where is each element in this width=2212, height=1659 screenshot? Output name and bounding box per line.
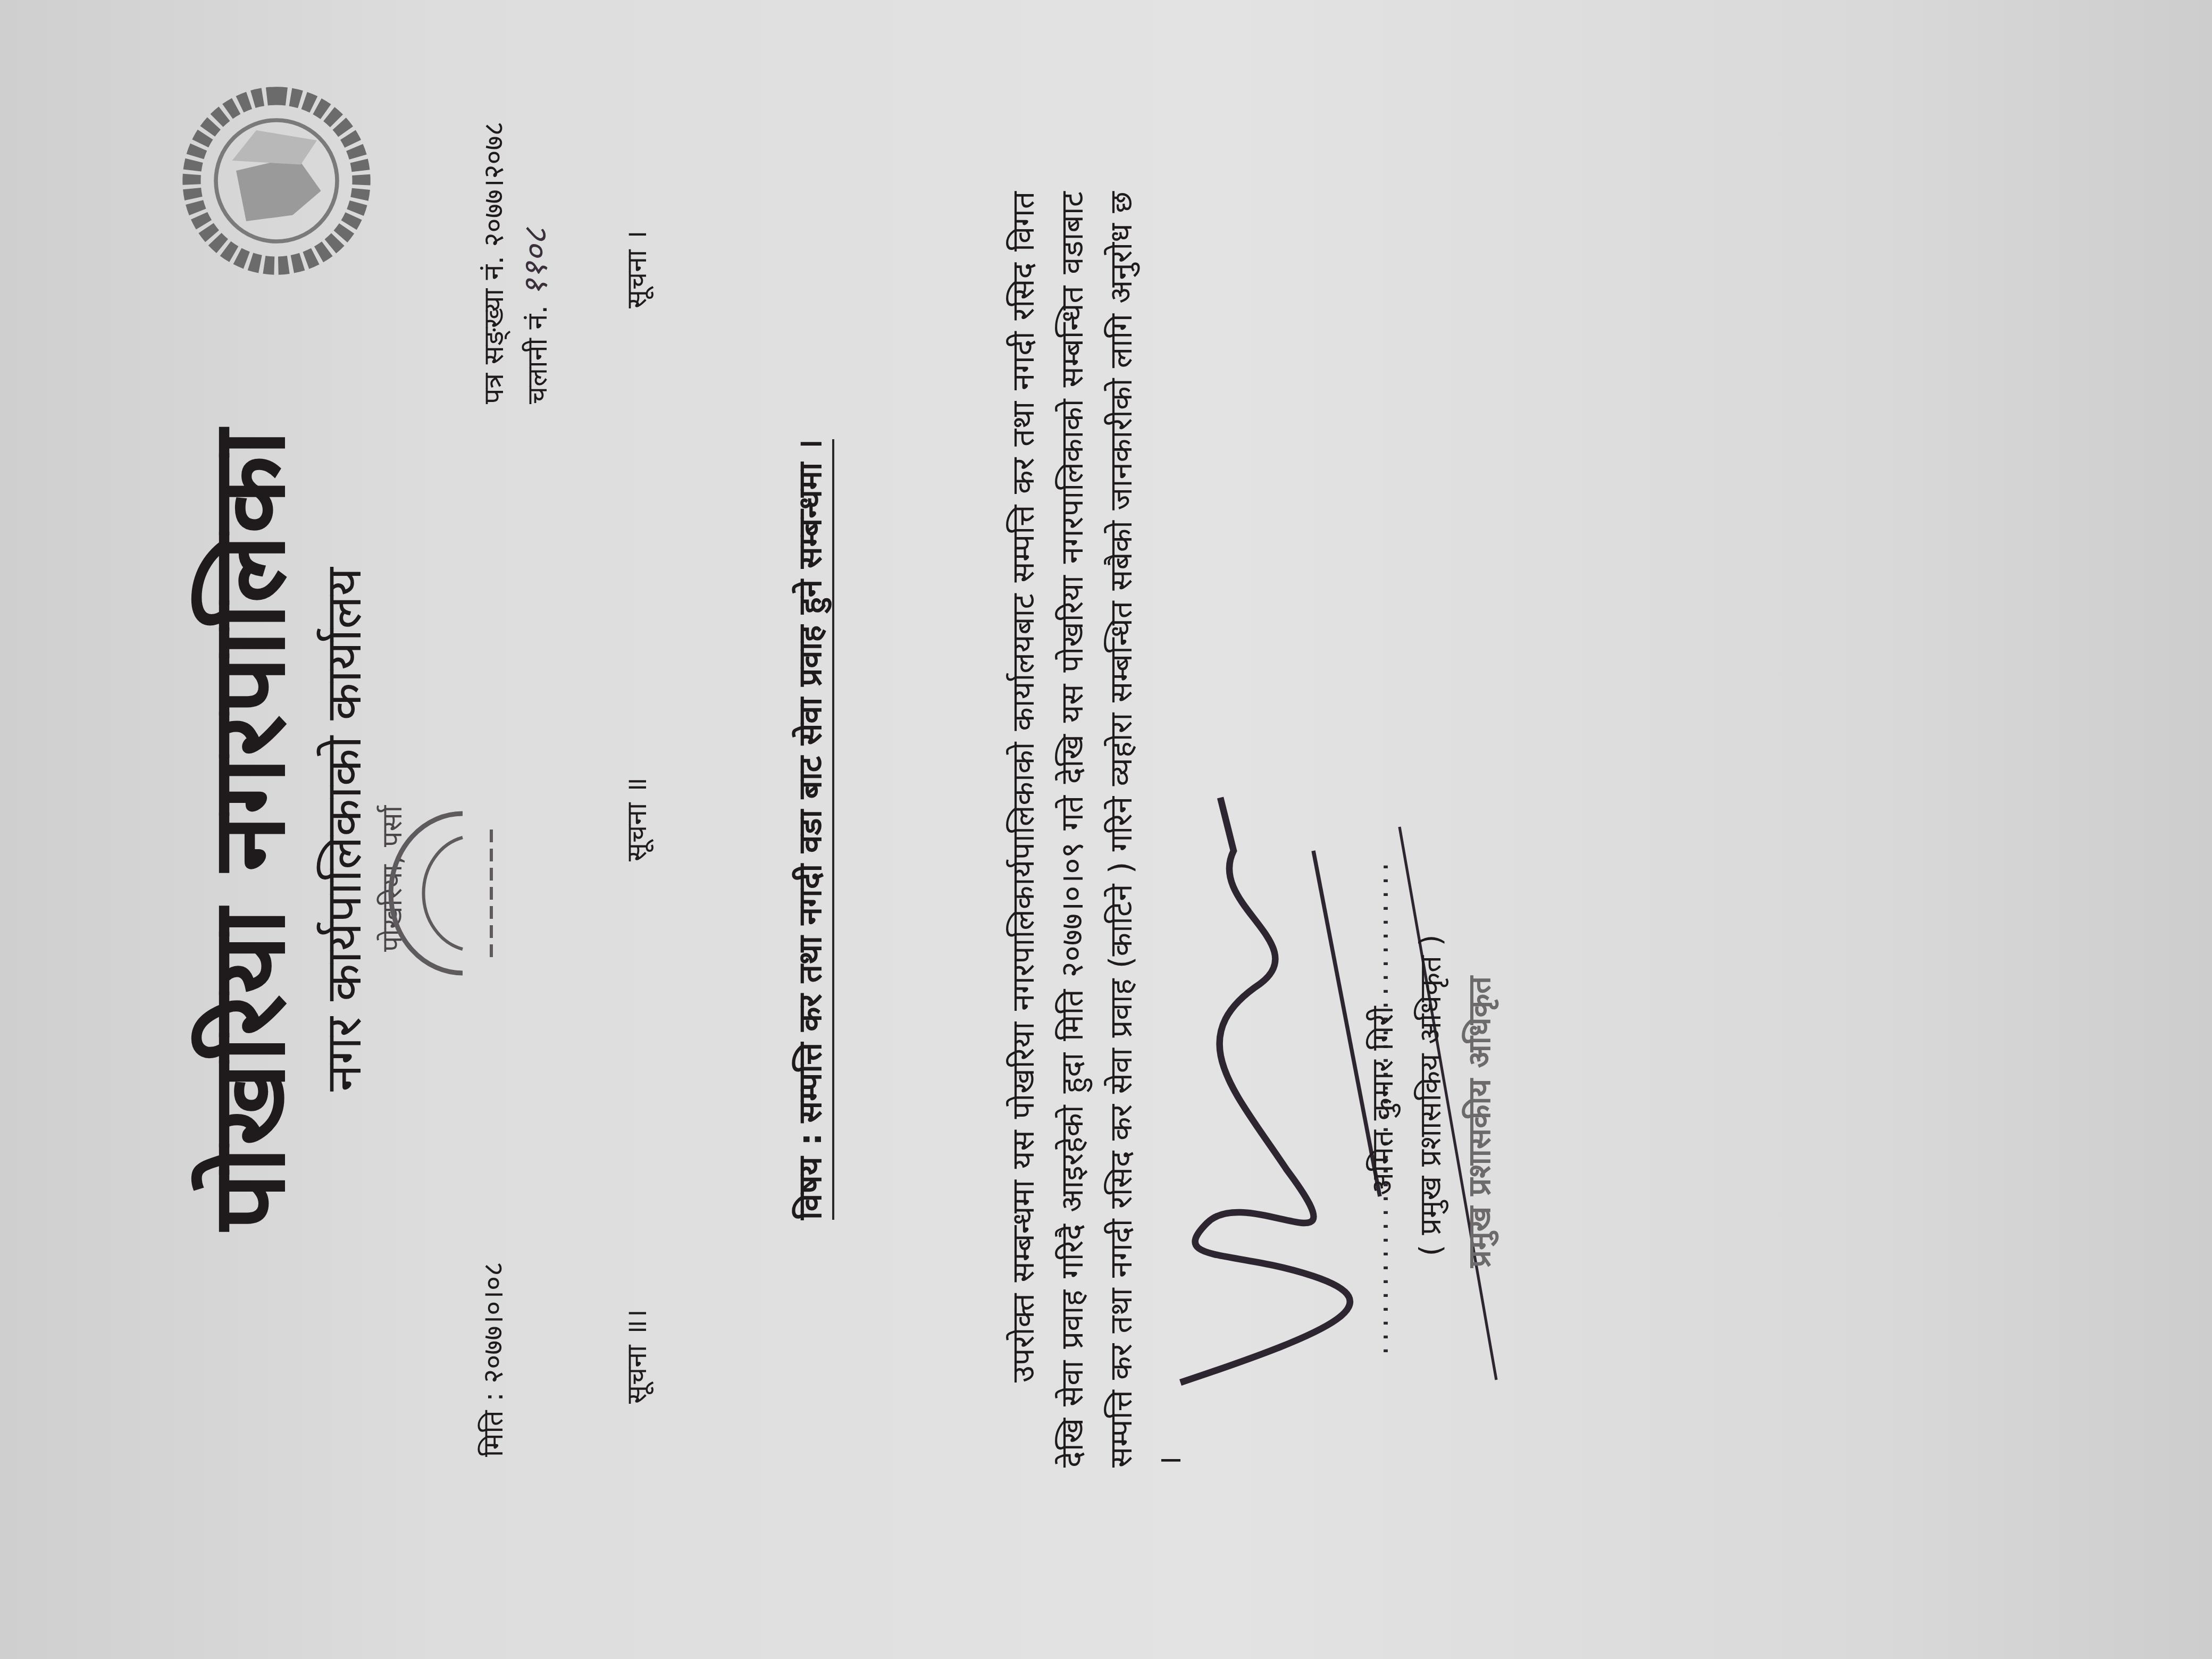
notice-label-3: सूचना ॥। (617, 1309, 655, 1404)
letter-number: पत्र सङ्ख्या नं. २०७७।२०७८ (473, 121, 515, 404)
notice-label-1: सूचना । (617, 230, 655, 308)
reference-block: पत्र सङ्ख्या नं. २०७७।२०७८ चलानी नं. ११०… (473, 121, 558, 404)
letter-date: मिति : २०७७।०।०८ (473, 1262, 511, 1457)
office-round-stamp-icon (351, 782, 510, 1005)
dispatch-number: चलानी नं. ११०८ (515, 121, 558, 404)
notice-label-2: सूचना ॥ (617, 777, 655, 861)
signatory-name: अमित कुमार गिरी (1361, 861, 1402, 1340)
municipality-name: पोखरिया नगरपालिका (175, 0, 313, 1659)
signatory-title: ( प्रमुख प्रशासकिय अधिकृत ) (1409, 829, 1449, 1361)
subject-line: विषय : सम्पत्ति कर तथा नगदी वडा बाट सेवा… (787, 276, 831, 1382)
scanned-letter: पोखरिया नगरपालिका नगर कार्यपालिकाको कार्… (0, 0, 2212, 1659)
designation-stamp: प्रमुख प्रशासकीय अधिकृत (1457, 883, 1499, 1361)
